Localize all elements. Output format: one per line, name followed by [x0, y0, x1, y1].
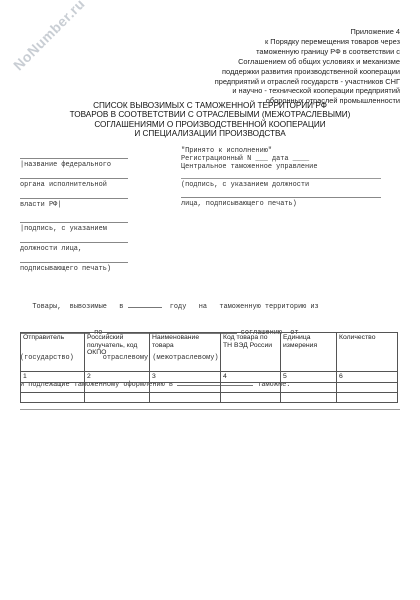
column-header: Код товара по ТН ВЭД России	[221, 333, 281, 372]
table-cell[interactable]	[221, 392, 281, 402]
table-cell[interactable]	[221, 382, 281, 392]
appendix-line: поддержки развития производственной кооп…	[100, 67, 400, 77]
appendix-line: Соглашением об общих условиях и механизм…	[100, 57, 400, 67]
title-line: ТОВАРОВ В СООТВЕТСТВИИ С ОТРАСЛЕВЫМИ (МЕ…	[0, 110, 420, 119]
column-number: 4	[221, 372, 281, 383]
authority-field[interactable]: власти РФ|	[20, 198, 128, 218]
title-line: И СПЕЦИАЛИЗАЦИИ ПРОИЗВОДСТВА	[0, 129, 420, 138]
accepted-label: "Принято к исполнению"	[181, 147, 381, 155]
table-cell[interactable]	[150, 382, 221, 392]
table-cell[interactable]	[337, 382, 398, 392]
table-cell[interactable]	[85, 382, 150, 392]
authority-field[interactable]: органа исполнительной	[20, 178, 128, 198]
acceptance-block: "Принято к исполнению" Регистрационный N…	[181, 147, 381, 208]
column-header: Отправитель	[21, 333, 85, 372]
appendix-line: таможенную границу РФ в соответствии с	[100, 47, 400, 57]
column-number-row: 1 2 3 4 5 6	[21, 372, 398, 383]
column-header: Российский получатель, код ОКПО	[85, 333, 150, 372]
para-text: году на таможенную территорию из	[162, 303, 319, 311]
para-text: Товары, вывозимые в	[20, 303, 128, 311]
watermark: NoNumber.ru	[10, 0, 88, 73]
year-blank[interactable]	[128, 301, 162, 308]
table-row	[21, 392, 398, 402]
acceptance-signature-field[interactable]: (подпись, с указанием должности	[181, 178, 381, 189]
table-cell[interactable]	[21, 382, 85, 392]
title-line: СОГЛАШЕНИЯМИ О ПРОИЗВОДСТВЕННОЙ КООПЕРАЦ…	[0, 120, 420, 129]
appendix-line: к Порядку перемещения товаров через	[100, 37, 400, 47]
column-number: 5	[281, 372, 337, 383]
table-cell[interactable]	[337, 392, 398, 402]
signature-field[interactable]: |подпись, с указанием	[20, 222, 128, 242]
appendix-header: Приложение 4 к Порядку перемещения товар…	[100, 27, 400, 106]
signature-field[interactable]: подписывающего печать)	[20, 262, 128, 282]
appendix-line: и научно - технической кооперации предпр…	[100, 86, 400, 96]
appendix-line: Приложение 4	[100, 27, 400, 37]
column-number: 2	[85, 372, 150, 383]
column-number: 3	[150, 372, 221, 383]
customs-authority: Центральное таможенное управление	[181, 163, 381, 171]
signature-field[interactable]: должности лица,	[20, 242, 128, 262]
table-row	[21, 382, 398, 392]
document-title: СПИСОК ВЫВОЗИМЫХ С ТАМОЖЕННОЙ ТЕРРИТОРИИ…	[0, 101, 420, 139]
table-cell[interactable]	[150, 392, 221, 402]
table-cell[interactable]	[281, 392, 337, 402]
divider	[20, 409, 400, 410]
authority-field[interactable]: |название федерального	[20, 158, 128, 178]
table-cell[interactable]	[21, 392, 85, 402]
column-number: 6	[337, 372, 398, 383]
column-header: Количество	[337, 333, 398, 372]
appendix-line: предприятий и отраслей государств - учас…	[100, 77, 400, 87]
registration-line[interactable]: Регистрационный N ___ дата ____	[181, 155, 381, 163]
title-line: СПИСОК ВЫВОЗИМЫХ С ТАМОЖЕННОЙ ТЕРРИТОРИИ…	[0, 101, 420, 110]
table-cell[interactable]	[281, 382, 337, 392]
acceptance-signature-field[interactable]: лица, подписывающего печать)	[181, 197, 381, 208]
column-header: Наименование товара	[150, 333, 221, 372]
signature-block: |подпись, с указанием должности лица, по…	[20, 222, 128, 282]
column-header: Единица измерения	[281, 333, 337, 372]
table-header-row: Отправитель Российский получатель, код О…	[21, 333, 398, 372]
goods-table: Отправитель Российский получатель, код О…	[20, 332, 398, 403]
table-cell[interactable]	[85, 392, 150, 402]
authority-block: |название федерального органа исполнител…	[20, 158, 128, 218]
column-number: 1	[21, 372, 85, 383]
